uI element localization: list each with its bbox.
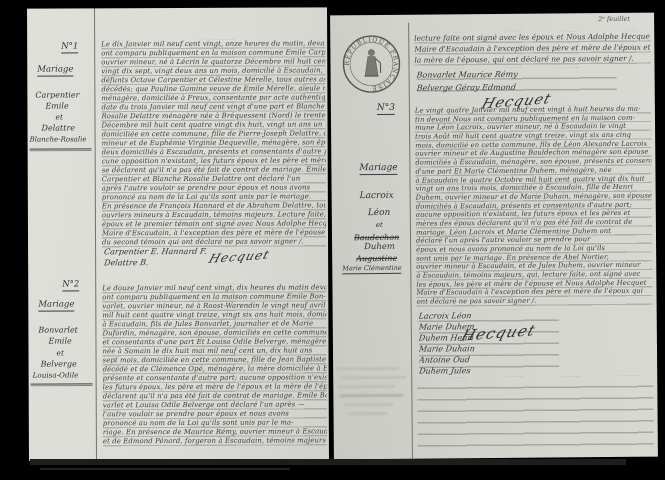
groom-name-1: Carpentier [35,90,79,99]
act-2-continuation-text: lecture faite ont signé avec les époux e… [414,31,650,67]
act-type-2: Mariage [38,299,74,311]
scanned-register-spread: N°1 Mariage Carpentier Emile et Delattre… [0,0,665,480]
act-2-body-text: Le douze Janvier mil neuf cent vingt, di… [102,283,327,447]
handwritten-line: la mère de l'épouse, qui ont déclaré ne … [414,53,650,66]
stamp-figure-icon [364,49,380,76]
book-bottom-edge [30,459,626,465]
empty-ruled-lines [417,376,654,450]
margin-rule-left-page [94,8,97,460]
page-edge-highlight [40,468,290,470]
groom-firstname-3: Léon [368,208,391,218]
handwritten-line: Duhem Jules [419,364,560,376]
bleed-through-text [337,367,407,422]
groom-name-3: Lacroix [360,191,394,201]
act-3-body-text: Le vingt quatre Janvier mil neuf cent vi… [415,105,653,308]
bride-name-2: Belverge [41,359,77,368]
bride-name-3: Duhem [364,242,395,252]
margin-rule-right-page [408,23,413,459]
groom-name-2: Bonvarlet [38,325,78,334]
handwritten-line: et de Edmond Pénard, forgeron à Escaudai… [103,436,327,446]
handwritten-line: varlet et Louisa Odile Belverge ont décl… [103,400,327,410]
act-type-1: Mariage [37,64,73,76]
act-number-3: N°3 [377,103,395,115]
groom-firstname-2: Emile [48,336,71,345]
bride-name-struck-3: Baudechon [354,233,399,242]
right-page: 2ᵉ feuillet RÉPUBLIQUE FRANÇAISE lecture… [330,13,658,460]
bride-firstname-struck-3: Augustine [356,254,397,263]
handwritten-line: ont déclaré ne pas savoir signer /. [417,296,653,307]
act-number-2: N°2 [62,279,79,291]
left-page: N°1 Mariage Carpentier Emile et Delattre… [27,7,329,460]
handwritten-line: Belverge Géray Edmond [417,80,617,95]
conjunction-1: et [55,113,62,122]
act-type-3: Mariage [359,163,397,175]
bride-name-1: Delattre [42,123,76,132]
groom-firstname-1: Emile [45,101,68,110]
margin-separator-1 [30,148,92,149]
sheet-number-label: 2ᵉ feuillet [598,15,630,23]
margin-separator-2 [31,383,93,384]
act-1-body-text: Le dix Janvier mil neuf cent vingt, onze… [101,39,326,248]
bride-firstname-2: Louisa-Odile [33,370,79,379]
republique-francaise-stamp: RÉPUBLIQUE FRANÇAISE [340,33,403,96]
act-3-signatures: Lacroix LéonMarie DuhemDuhem HenriMarie … [419,309,560,377]
bride-firstname-3: Marie Clémentine [342,264,402,275]
act-2-signatures: Bonvarlet Maurice RémyBelverge Géray Edm… [417,67,617,97]
bride-firstname-1: Blanche-Rosalie [30,135,87,143]
conjunction-3: et [376,221,383,229]
act-number-1: N°1 [61,41,78,53]
conjunction-2: et [56,348,63,357]
